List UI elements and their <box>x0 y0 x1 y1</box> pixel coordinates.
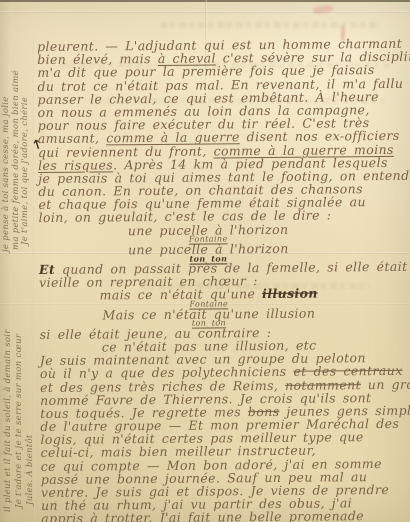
letter-line: appris à trotter. J'ai fait une belle pr… <box>41 509 410 522</box>
margin-note: je pense à toi sans cesse, ma jolie <box>1 62 11 252</box>
letter-segment: appris à trotter. J'ai fait une belle pr… <box>41 509 364 522</box>
letter-body: pleurent. — L'adjudant qui est un homme … <box>37 37 410 522</box>
margin-note: il pleut et il fait du soleil, à demain … <box>3 257 13 512</box>
letter-segment: illusion <box>262 286 318 301</box>
margin-note: ma chérie adorée, mille baisers de ton <box>0 305 2 515</box>
margin-note: Je t'aime, toi que j'adore, chérie <box>20 80 30 245</box>
letter-page: ↑ pleurent. — L'adjudant qui est un homm… <box>0 0 410 522</box>
letter-segment: mais ce n'était qu'une <box>99 286 262 302</box>
margin-note: Je t'adore et je te serre sur mon cœur <box>14 258 24 508</box>
margin-note: Jules. À bientôt <box>25 385 35 505</box>
ink-showthrough <box>160 22 380 28</box>
